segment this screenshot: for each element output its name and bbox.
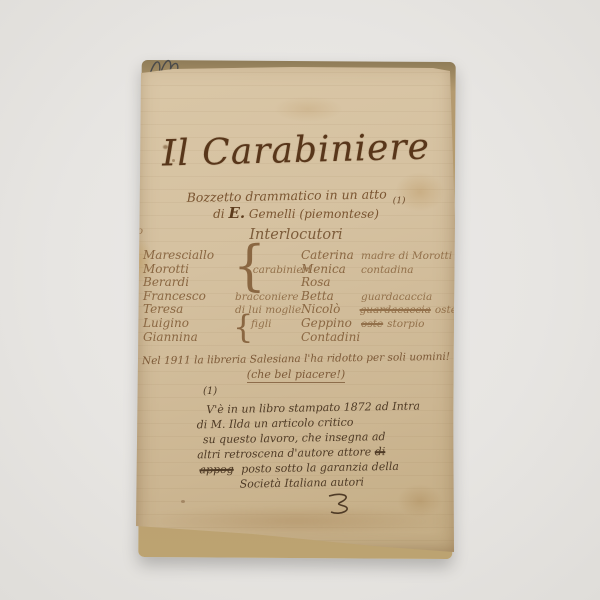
subtitle-line: Bozzetto drammatico in un atto(1)	[133, 185, 459, 206]
cast-name: Nicolò	[301, 302, 360, 316]
page-title: Il Carabiniere	[133, 126, 460, 176]
cast-role: guardacaccia	[361, 291, 432, 303]
cast-row: Giannina	[143, 330, 311, 344]
cast-row: Maresciallo	[143, 248, 311, 262]
cast-row: Luiginofigli	[143, 316, 311, 330]
cast-row: Contadini	[301, 330, 457, 344]
byline-initial: E.	[228, 204, 245, 222]
cast-name: Luigino	[143, 316, 235, 330]
cast-name: Teresa	[143, 302, 235, 316]
footnote-line: Società Italiana autori	[240, 473, 470, 492]
cast-name: Morotti	[143, 262, 227, 276]
cast-role: madre di Morotti	[361, 250, 452, 262]
cast-name: Betta	[301, 289, 361, 303]
cast-heading: Interlocutori	[133, 227, 459, 243]
cast-row: Francescobracconiere	[143, 289, 311, 303]
cast-row: Caterinamadre di Morotti	[301, 248, 457, 262]
cast-row: Berardi	[143, 275, 311, 289]
cast-row: Menicacontadina	[301, 262, 457, 276]
cast-row: Geppinoostestorpio	[301, 316, 457, 330]
stain	[273, 96, 343, 122]
byline-post: Gemelli (piemontese)	[245, 207, 379, 221]
cast-left-column: Maresciallo Morotticarabinieri Berardi F…	[143, 248, 311, 343]
struck-word: appog	[199, 463, 234, 477]
subtitle-text: Bozzetto drammatico in un atto	[186, 186, 386, 204]
footnote-marker: (1)	[203, 386, 217, 397]
cast-role: oste	[435, 304, 457, 316]
cast-role: bracconiere	[235, 291, 299, 303]
struck-role: oste	[361, 318, 383, 330]
struck-word: di	[375, 445, 386, 458]
cast-role: storpio	[387, 318, 424, 330]
cast-name: Maresciallo	[143, 248, 235, 262]
cast-name: Geppino	[301, 316, 361, 330]
cast-name: Caterina	[301, 248, 361, 262]
stain	[397, 484, 443, 518]
byline-pre: di	[213, 207, 228, 221]
cast-name: Francesco	[143, 289, 235, 303]
annotation-line-2: (che bel piacere!)	[133, 368, 459, 381]
cast-row: Teresadi lui moglie	[143, 302, 311, 316]
cast-row: Bettaguardacaccia	[301, 289, 457, 303]
margin-dash-mark	[574, 297, 584, 300]
cast-role: contadina	[361, 264, 414, 276]
annotation-underlined: (che bel piacere!)	[247, 368, 345, 383]
footnote-block: V'è in un libro stampato 1872 ad Intra d…	[196, 398, 470, 493]
footnote-text: posto sotto la garanzia della	[238, 460, 399, 476]
cast-row: Morotticarabinieri	[143, 262, 311, 276]
struck-role: guardacaccia	[360, 304, 431, 316]
cast-name: Rosa	[301, 275, 361, 289]
photo-background: Il Carabiniere Bozzetto drammatico in un…	[0, 0, 600, 600]
cast-right-column: Caterinamadre di Morotti Menicacontadina…	[301, 248, 457, 343]
cast-row: Nicològuardacacciaoste	[301, 302, 457, 316]
cast-role: figli	[251, 318, 271, 330]
stain	[181, 500, 185, 503]
cast-role: di lui moglie	[235, 304, 301, 316]
pen-flourish-icon	[323, 492, 357, 516]
cast-name: Contadini	[301, 330, 361, 344]
cast-row: Rosa	[301, 275, 457, 289]
cast-name: Menica	[301, 262, 361, 276]
manuscript-page: Il Carabiniere Bozzetto drammatico in un…	[133, 60, 459, 560]
annotation-line-1: Nel 1911 la libreria Salesiana l'ha rido…	[133, 351, 459, 368]
cast-name: Berardi	[143, 275, 235, 289]
cast-name: Giannina	[143, 330, 235, 344]
byline: di E. Gemelli (piemontese)	[133, 204, 459, 222]
